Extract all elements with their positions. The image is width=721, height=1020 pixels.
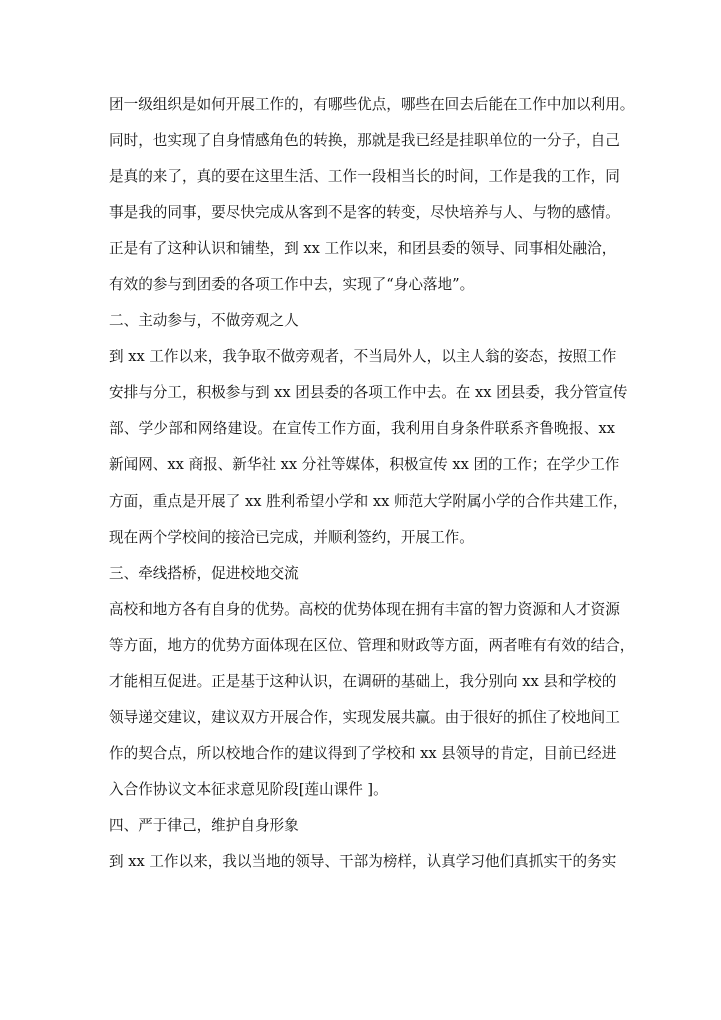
body-line: 部、学少部和网络建设。在宣传工作方面，我利用自身条件联系齐鲁晚报、xx: [109, 411, 615, 447]
body-line: 有效的参与到团委的各项工作中去，实现了“身心落地”。: [109, 267, 615, 303]
document-page: 团一级组织是如何开展工作的，有哪些优点，哪些在回去后能在工作中加以利用。 同时，…: [0, 0, 721, 1020]
body-line: 同时，也实现了自身情感角色的转换，那就是我已经是挂职单位的一分子，自己: [109, 123, 615, 159]
body-line: 正是有了这种认识和铺垫，到 xx 工作以来，和团县委的领导、同事相处融洽，: [109, 231, 615, 267]
body-line: 到 xx 工作以来，我争取不做旁观者，不当局外人，以主人翁的姿态，按照工作: [109, 339, 615, 375]
body-line: 团一级组织是如何开展工作的，有哪些优点，哪些在回去后能在工作中加以利用。: [109, 87, 615, 123]
section-heading: 二、主动参与，不做旁观之人: [109, 303, 615, 339]
section-heading: 四、严于律己，维护自身形象: [109, 808, 615, 844]
body-line: 领导递交建议，建议双方开展合作，实现发展共赢。由于很好的抓住了校地间工: [109, 700, 615, 736]
document-body: 团一级组织是如何开展工作的，有哪些优点，哪些在回去后能在工作中加以利用。 同时，…: [109, 87, 615, 880]
body-line: 才能相互促进。正是基于这种认识，在调研的基础上，我分别向 xx 县和学校的: [109, 664, 615, 700]
body-line: 事是我的同事，要尽快完成从客到不是客的转变，尽快培养与人、与物的感情。: [109, 195, 615, 231]
body-line: 到 xx 工作以来，我以当地的领导、干部为榜样，认真学习他们真抓实干的务实: [109, 844, 615, 880]
body-line: 入合作协议文本征求意见阶段[莲山课件 ]。: [109, 772, 615, 808]
body-line: 现在两个学校间的接洽已完成，并顺利签约，开展工作。: [109, 520, 615, 556]
body-line: 新闻网、xx 商报、新华社 xx 分社等媒体，积极宣传 xx 团的工作；在学少工…: [109, 447, 615, 483]
section-heading: 三、牵线搭桥，促进校地交流: [109, 556, 615, 592]
body-line: 高校和地方各有自身的优势。高校的优势体现在拥有丰富的智力资源和人才资源: [109, 592, 615, 628]
body-line: 安排与分工，积极参与到 xx 团县委的各项工作中去。在 xx 团县委，我分管宣传: [109, 375, 615, 411]
body-line: 是真的来了，真的要在这里生活、工作一段相当长的时间，工作是我的工作，同: [109, 159, 615, 195]
body-line: 方面，重点是开展了 xx 胜利希望小学和 xx 师范大学附属小学的合作共建工作，: [109, 484, 615, 520]
body-line: 等方面，地方的优势方面体现在区位、管理和财政等方面，两者唯有有效的结合，: [109, 628, 615, 664]
body-line: 作的契合点，所以校地合作的建议得到了学校和 xx 县领导的肯定，目前已经进: [109, 736, 615, 772]
